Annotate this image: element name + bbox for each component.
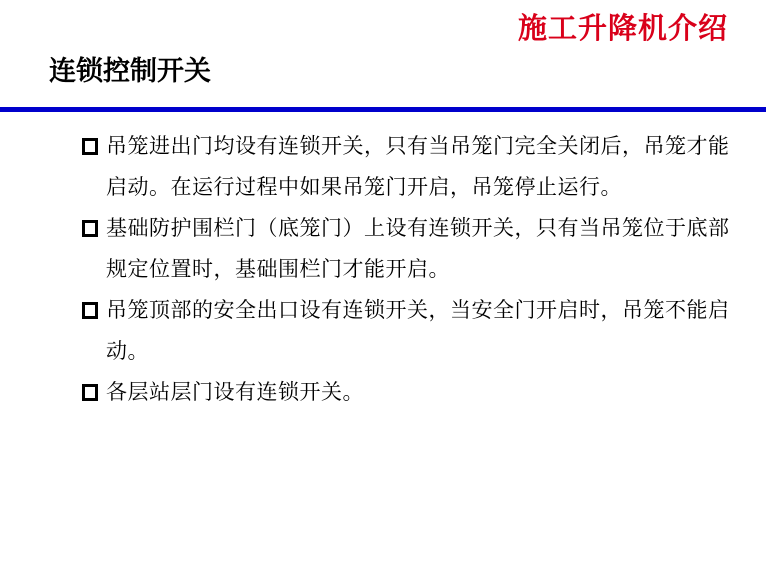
hollow-square-bullet-icon <box>82 138 98 155</box>
hollow-square-bullet-icon <box>82 384 98 401</box>
hollow-square-bullet-icon <box>82 302 98 319</box>
bullet-list: 吊笼进出门均设有连锁开关，只有当吊笼门完全关闭后，吊笼才能启动。在运行过程中如果… <box>82 126 742 413</box>
header-title: 施工升降机介绍 <box>518 8 728 48</box>
hollow-square-bullet-icon <box>82 220 98 237</box>
bullet-item: 吊笼顶部的安全出口设有连锁开关，当安全门开启时，吊笼不能启动。 <box>82 290 742 372</box>
slide-title: 连锁控制开关 <box>49 52 211 92</box>
bullet-item: 吊笼进出门均设有连锁开关，只有当吊笼门完全关闭后，吊笼才能启动。在运行过程中如果… <box>82 126 742 208</box>
bullet-item: 基础防护围栏门（底笼门）上设有连锁开关，只有当吊笼位于底部规定位置时，基础围栏门… <box>82 208 742 290</box>
bullet-text: 吊笼进出门均设有连锁开关，只有当吊笼门完全关闭后，吊笼才能启动。在运行过程中如果… <box>106 126 742 208</box>
bullet-text: 基础防护围栏门（底笼门）上设有连锁开关，只有当吊笼位于底部规定位置时，基础围栏门… <box>106 208 742 290</box>
title-divider <box>0 107 766 112</box>
bullet-text: 吊笼顶部的安全出口设有连锁开关，当安全门开启时，吊笼不能启动。 <box>106 290 742 372</box>
bullet-item: 各层站层门设有连锁开关。 <box>82 372 742 413</box>
bullet-text: 各层站层门设有连锁开关。 <box>106 372 742 413</box>
